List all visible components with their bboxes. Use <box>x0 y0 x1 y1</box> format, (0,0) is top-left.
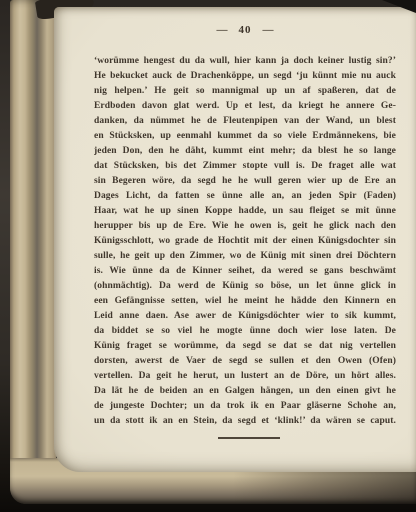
text-line: sulle, he geit up den Zimmer, wo de Küni… <box>94 249 396 264</box>
text-line: Haar, wat he up sinen Koppe hadde, un sa… <box>94 204 396 219</box>
text-line: ‘worümme hengest du da wull, hier kann j… <box>94 54 396 69</box>
text-line: herupper bis up de Ere. Wie he owen is, … <box>94 219 396 234</box>
text-line: jeden Don, den he däht, kummt eint mehr;… <box>94 144 396 159</box>
text-line: vertellen. Da geit he herut, un lustert … <box>94 369 396 384</box>
text-line: danken, da nümmet he de Fleutenpipen van… <box>94 114 396 129</box>
text-line: dat Stücksken, bis det Zimmer stopte vul… <box>94 159 396 174</box>
text-line: un da stott ik an en Stein, da segd et ‘… <box>94 414 396 429</box>
text-line: dorsten, awerst de Vaer de segd se sulle… <box>94 354 396 369</box>
text-line: da biddet se so viel he mogte ünne doch … <box>94 324 396 339</box>
text-line: He bekucket auck de Drachenköppe, un seg… <box>94 69 396 84</box>
text-line: Künig fraget se worümme, da segd se dat … <box>94 339 396 354</box>
text-line: Leid anne daen. Ase awer de Künigsdöchte… <box>94 309 396 324</box>
text-line: Da lät he de beiden an en Galgen hängen,… <box>94 384 396 399</box>
text-line: een Gefängnisse setten, wiel he meint he… <box>94 294 396 309</box>
book-pages-edge-left <box>10 0 56 503</box>
book-page: —40— ‘worümme hengest du da wull, hier k… <box>54 7 416 472</box>
text-line: is. Wie ünne da de Kinner seihet, da wer… <box>94 264 396 279</box>
text-line: sin Begeren wöre, da segd he he wull ger… <box>94 174 396 189</box>
text-line: en Stücksken, up eenmahl kummet da so vi… <box>94 129 396 144</box>
header-dash-right: — <box>263 24 274 36</box>
text-line: nig helpen.’ He geit so mannigmal up un … <box>94 84 396 99</box>
section-rule <box>218 437 280 439</box>
text-line: Künigsschlott, wo grade de Hochtit mit d… <box>94 234 396 249</box>
page-header: —40— <box>94 24 396 36</box>
text-line: (ohnmächtig). Da werd de Künig so böse, … <box>94 279 396 294</box>
text-line: Erdboden davon glat werd. Up et lest, da… <box>94 99 396 114</box>
scanned-book-photo: —40— ‘worümme hengest du da wull, hier k… <box>0 0 416 512</box>
text-line: Dages Licht, da fatten se ünne alle an, … <box>94 189 396 204</box>
text-line: de jungeste Dochter; un da trok ik en Pa… <box>94 399 396 414</box>
body-text: ‘worümme hengest du da wull, hier kann j… <box>94 54 396 429</box>
header-dash-left: — <box>217 24 228 36</box>
page-number: 40 <box>239 24 252 36</box>
